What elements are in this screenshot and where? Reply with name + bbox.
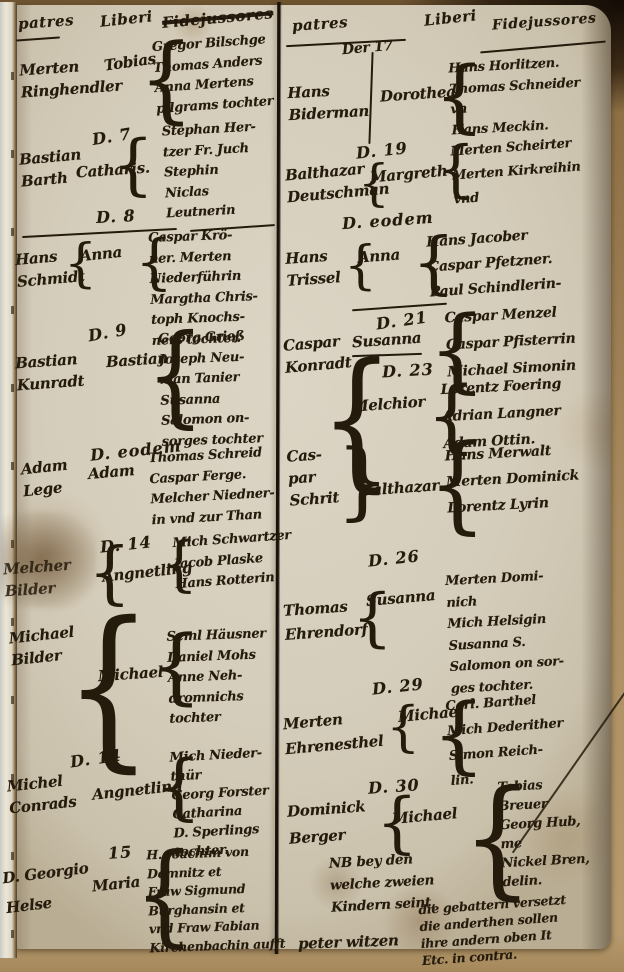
entry-father: Cas- par Schrit bbox=[286, 442, 340, 511]
entry-father: D. Georgio Helse bbox=[1, 853, 94, 923]
entry-father: Adam Lege bbox=[20, 454, 71, 503]
entry-father: Melcher Bilder bbox=[3, 554, 73, 603]
entry-witnesses: Merten Domi- nich Mich Helsigin Susanna … bbox=[445, 565, 566, 700]
entry-witnesses: Hans Horlitzen. Thomas Schneider vn Hans… bbox=[448, 53, 583, 142]
entry-date: 15 bbox=[107, 841, 133, 864]
entry-father: Hans Biderman bbox=[287, 78, 370, 126]
entry-witnesses: Merten Scheirter Merten Kirkreihin vnd bbox=[450, 132, 583, 213]
entry-father: Michel Conrads bbox=[6, 769, 78, 820]
entry-witnesses: Hans Jacober Caspar Pfetzner. Paul Schin… bbox=[426, 222, 562, 306]
entry-witnesses: Stephan Her- tzer Fr. Juch Stephin Nicla… bbox=[161, 118, 260, 225]
entry-witnesses: Tobias Breuer Georg Hub, me Nickel Bren,… bbox=[497, 774, 591, 892]
entry-father: Dominick Berger bbox=[286, 793, 368, 852]
entry-witnesses: Seml Häusner Daniel Mohs Anne Neh- dromn… bbox=[166, 624, 269, 730]
entry-father: Merten Ehrenesthel bbox=[282, 704, 384, 762]
header-day: Der 17 bbox=[341, 36, 394, 61]
entry-date: D. 8 bbox=[95, 205, 136, 228]
column-header-patres: patres bbox=[17, 10, 74, 35]
entry-witnesses: Hans Merwalt Merten Dominick Lorentz Lyr… bbox=[444, 437, 581, 522]
entry-child: Adam bbox=[87, 460, 135, 485]
manuscript-photo: patres Liberi Fidejussores Merten Ringhe… bbox=[0, 0, 624, 972]
entry-father: Bastian Kunradt bbox=[15, 348, 85, 397]
entry-child: Anna bbox=[79, 242, 123, 267]
entry-father: Bastian Barth bbox=[18, 143, 84, 192]
entry-witnesses: Gregor Bilschge Thomas Anders Anna Merte… bbox=[151, 30, 274, 120]
marginal-note: die gebattern versetzt die anderthen sol… bbox=[418, 891, 570, 969]
entry-witnesses: Thomas Schreid Caspar Ferge. Melcher Nie… bbox=[148, 443, 276, 531]
entry-father: Hans Trissel bbox=[285, 244, 342, 292]
crossover-text: peter witzen bbox=[298, 930, 399, 954]
column-header-patres: patres bbox=[291, 12, 348, 37]
entry-witnesses: Georg Grieß Joseph Neu- man Tanier Susan… bbox=[158, 326, 263, 452]
entry-witnesses: H. Joachim von Domnitz et Fraw Sigmund B… bbox=[146, 842, 285, 958]
entry-child: Anna bbox=[357, 245, 400, 269]
entry-witnesses: Mich Schwartzer Jacob Plaske Hans Rotter… bbox=[172, 526, 294, 596]
